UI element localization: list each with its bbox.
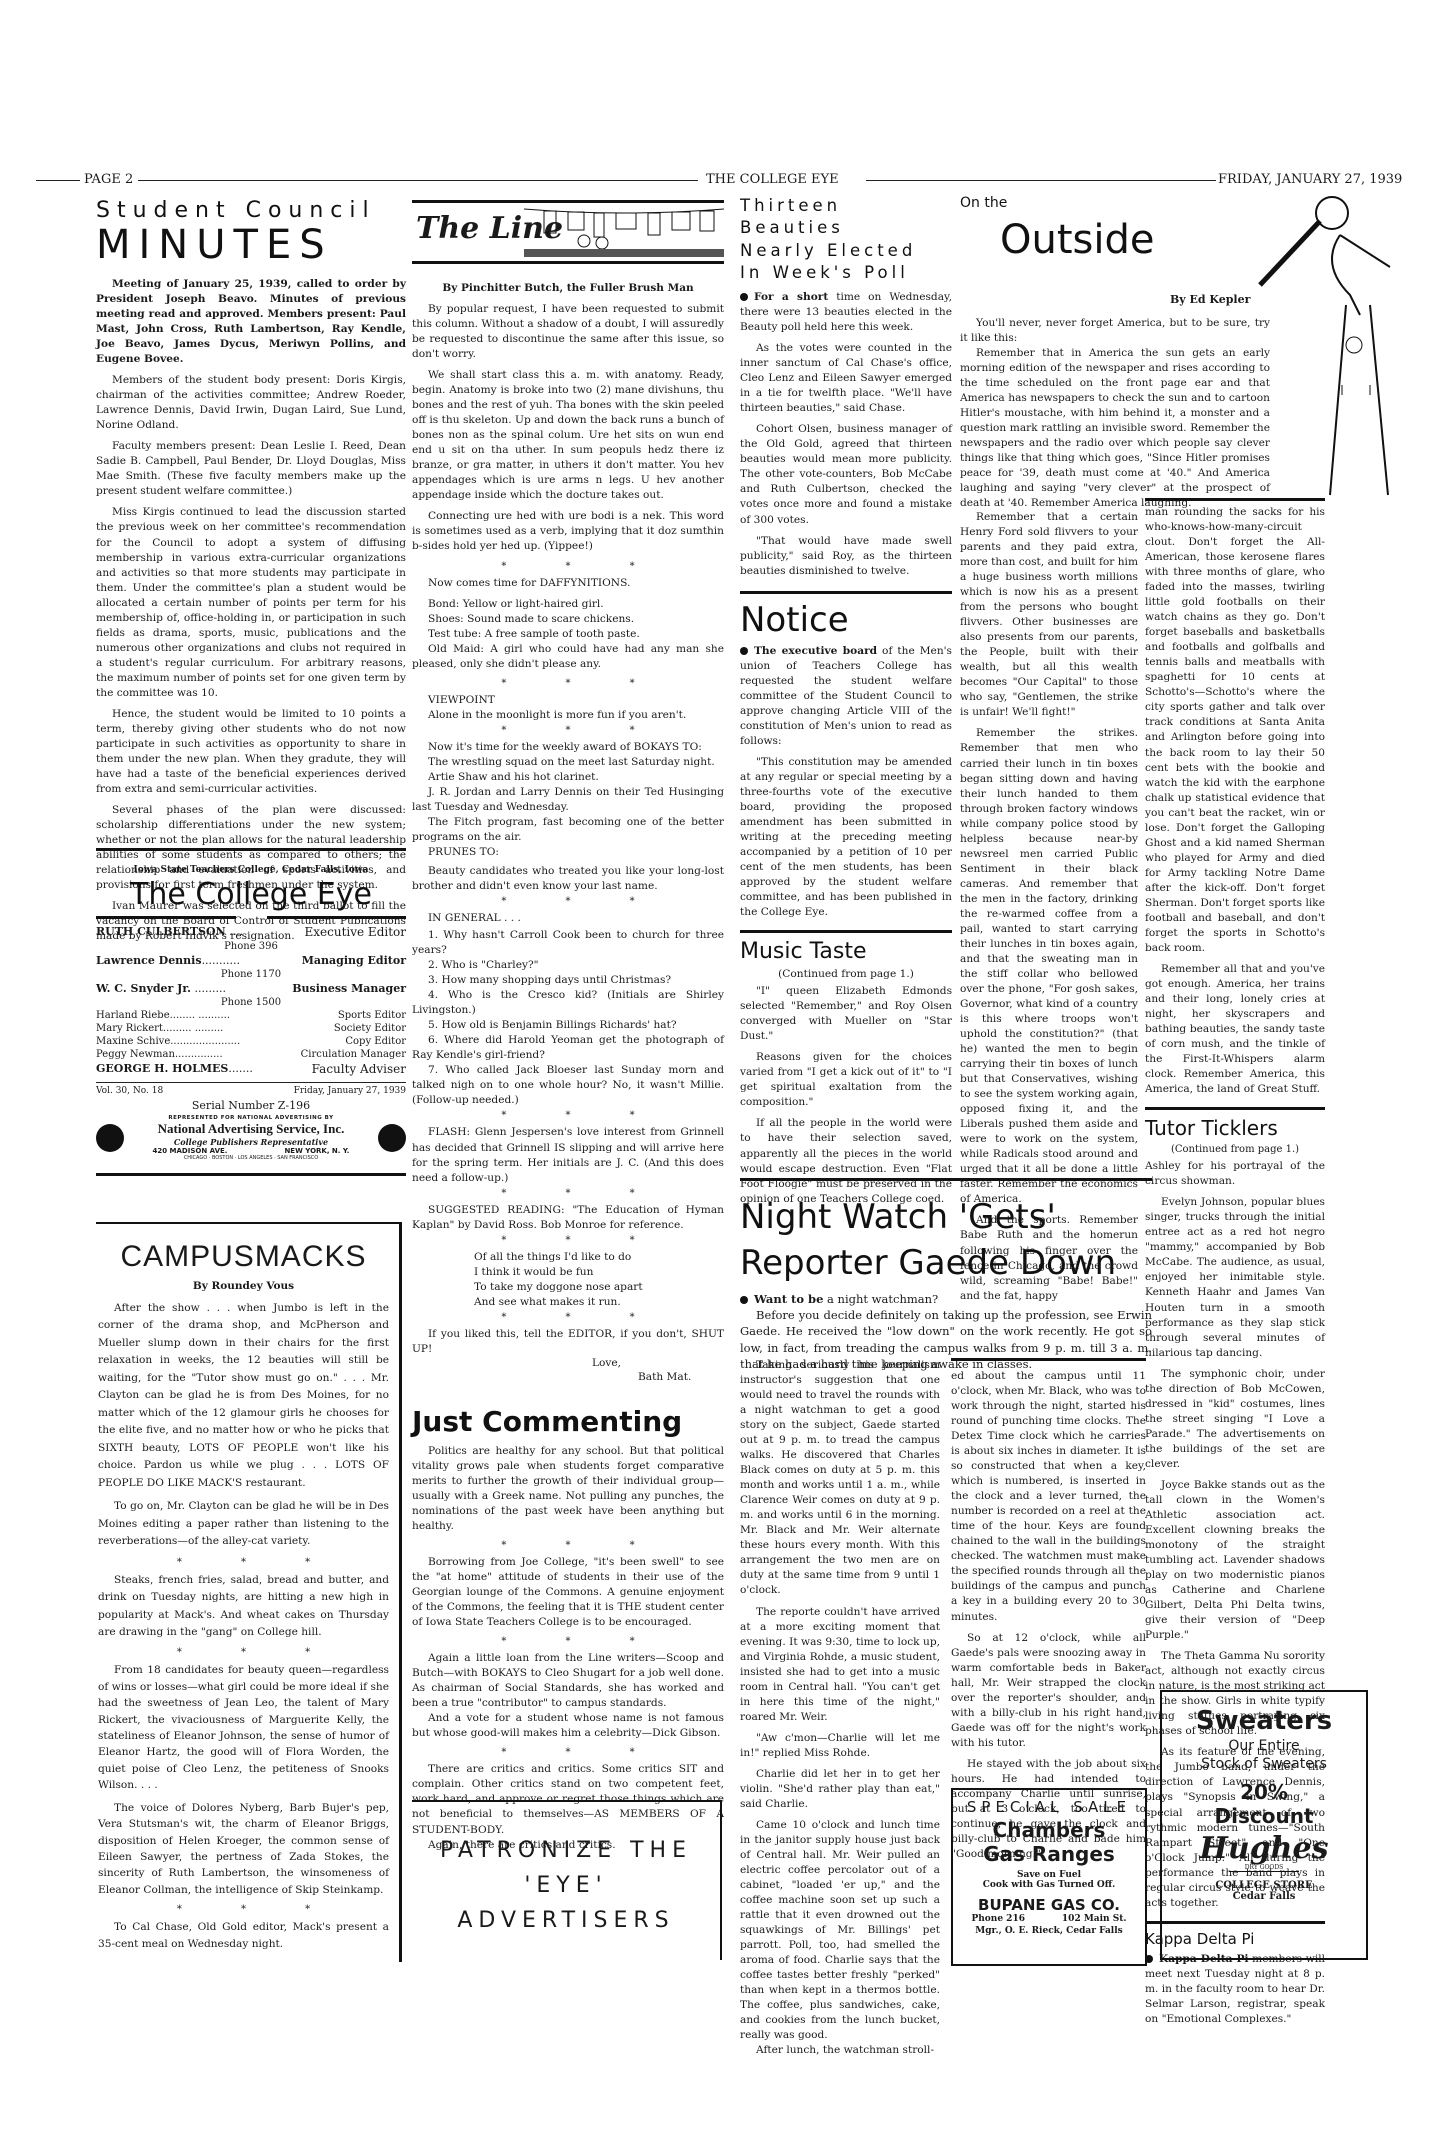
campusmacks-title: CAMPUSMACKS	[98, 1240, 389, 1274]
beauties-title: Thirteen BeautiesNearly ElectedIn Week's…	[740, 195, 952, 284]
music-title: Music Taste	[740, 939, 952, 964]
council-kicker: Student Council	[96, 198, 406, 223]
the-line-logo: The Line	[412, 200, 724, 264]
serial-number: Serial Number Z-196	[96, 1099, 406, 1112]
tutor-title: Tutor Ticklers	[1145, 1116, 1325, 1140]
council-paragraph: Meeting of January 25, 1939, called to o…	[96, 277, 406, 367]
staff-row: Maxine Schive......................Copy …	[96, 1036, 406, 1047]
clothesline-illustration	[524, 203, 724, 259]
council-paragraph: Members of the student body present: Dor…	[96, 373, 406, 433]
masthead-title: The College Eye	[96, 877, 406, 912]
masthead-institution: Iowa State Teachers College, Cedar Falls…	[96, 865, 406, 875]
bullet-icon	[740, 293, 748, 301]
campusmacks-box: CAMPUSMACKS By Roundey Vous After the sh…	[96, 1222, 402, 1962]
staff-row: Mary Rickert......... .........Society E…	[96, 1023, 406, 1034]
nightwatch-title: Night Watch 'Gets' Reporter Gaede Down	[740, 1195, 1152, 1287]
masthead: Iowa State Teachers College, Cedar Falls…	[96, 842, 406, 1182]
page-number: PAGE 2	[84, 172, 133, 187]
staff-row: Peggy Newman...............Circulation M…	[96, 1049, 406, 1060]
tower-cartoon-illustration	[1250, 195, 1400, 505]
issue-date: FRIDAY, JANUARY 27, 1939	[1216, 172, 1404, 187]
poem: Of all the things I'd like to doI think …	[412, 1250, 724, 1310]
council-paragraph: Hence, the student would be limited to 1…	[96, 707, 406, 797]
council-title: MINUTES	[96, 223, 406, 267]
staff-row: W. C. Snyder Jr. .........Business Manag…	[96, 982, 406, 995]
dot-icon	[96, 1124, 124, 1152]
page-header: PAGE 2 THE COLLEGE EYE FRIDAY, JANUARY 2…	[36, 170, 1426, 190]
nightwatch-col-a: Taking seriously his journalism instruct…	[740, 1358, 940, 2064]
bullet-icon	[740, 647, 748, 655]
sweater-ad: Sweaters Our Entire Stock of Sweaters 20…	[1160, 1690, 1368, 1960]
notice-title: Notice	[740, 600, 952, 640]
staff-row: Lawrence Dennis...........Managing Edito…	[96, 954, 406, 967]
outside-article: On the Outside By Ed Kepler You'll never…	[960, 195, 1420, 517]
patronize-ad: PATRONIZE THE 'EYE' ADVERTISERS	[412, 1800, 722, 1960]
issue-date-small: Friday, January 27, 1939	[294, 1086, 406, 1096]
commenting-title: Just Commenting	[412, 1405, 724, 1438]
campusmacks-byline: By Roundey Vous	[98, 1280, 389, 1292]
staff-row: Harland Riebe........ ..........Sports E…	[96, 1010, 406, 1021]
the-line-byline: By Pinchitter Butch, the Fuller Brush Ma…	[412, 282, 724, 294]
hughes-logo: Hughes DRY GOODS	[1184, 1834, 1344, 1872]
bullet-icon	[740, 1296, 748, 1304]
volume: Vol. 30, No. 18	[96, 1086, 163, 1096]
the-line-column: The Line By Pinchitter Butch, the Fuller…	[412, 200, 724, 1859]
nightwatch-article: Night Watch 'Gets' Reporter Gaede Down W…	[740, 1178, 1152, 1378]
council-article: Student Council MINUTES Meeting of Janua…	[96, 198, 406, 950]
staff-row: RUTH CULBERTSON .... Executive Editor	[96, 925, 406, 939]
staff-row: GEORGE H. HOLMES.......Faculty Adviser	[96, 1062, 406, 1076]
paper-name: THE COLLEGE EYE	[706, 172, 839, 187]
council-paragraph: Miss Kirgis continued to lead the discus…	[96, 505, 406, 700]
gas-range-ad: SPECIAL SALE Chambers Gas Ranges Save on…	[951, 1788, 1147, 1966]
beauties-article: Thirteen BeautiesNearly ElectedIn Week's…	[740, 195, 952, 1213]
nas-block: REPRESENTED FOR NATIONAL ADVERTISING BY …	[124, 1115, 378, 1161]
council-paragraph: Faculty members present: Dean Leslie I. …	[96, 439, 406, 499]
dot-icon	[378, 1124, 406, 1152]
